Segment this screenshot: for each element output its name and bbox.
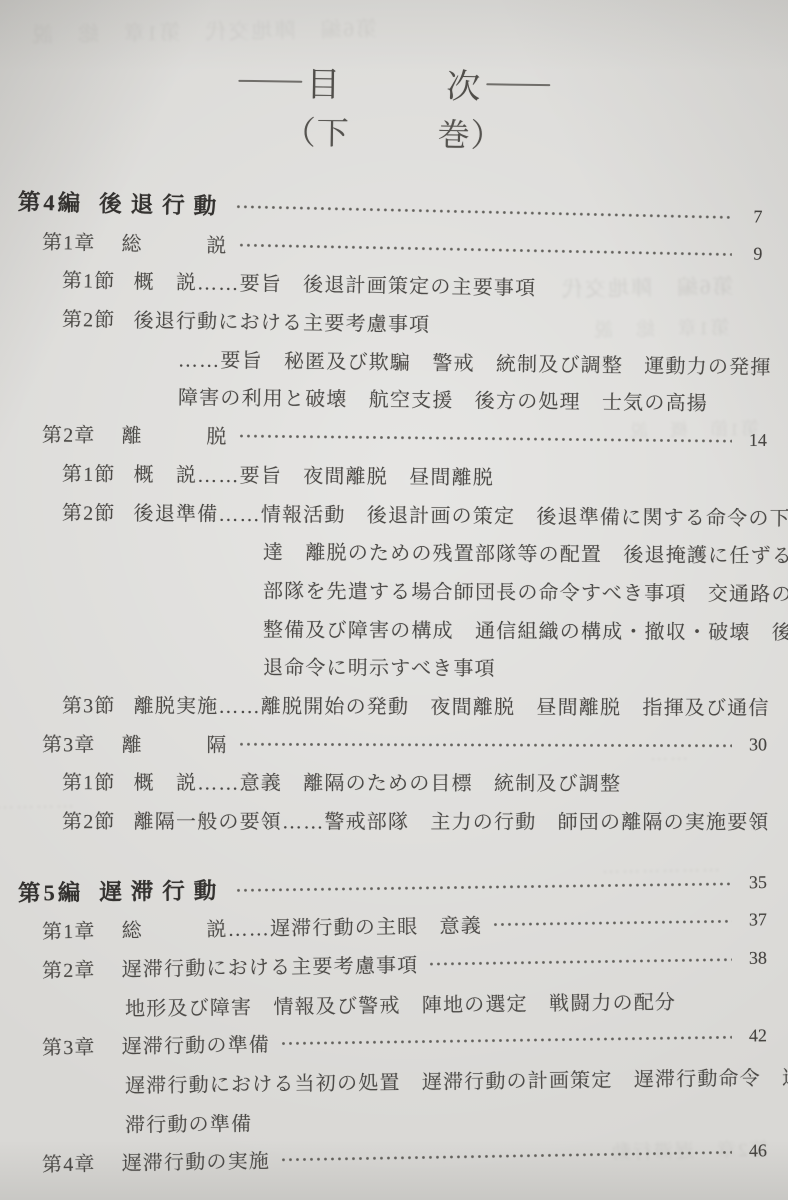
title-dash-right [486, 83, 550, 86]
page-number: 7 [738, 206, 778, 228]
entry-label: 第1章 [42, 915, 96, 945]
toc-entry-section: 第3節 離脱実施 ……離脱開始の発動 夜間離脱 昼間離脱 指揮及び通信 [0, 684, 778, 725]
entry-title: 概 説 [134, 766, 198, 795]
toc-continuation-line: 整備及び障害の構成 通信組織の構成・撤収・破壊 後 [0, 607, 778, 650]
entry-keywords: 部隊を先遣する場合師団長の命令すべき事項 交通路の [263, 574, 788, 606]
toc-continuation-line: 達 離脱のための残置部隊等の配置 後退掩護に任ずる [0, 529, 778, 573]
toc-entry-section: 第1節 概 説 ……要旨 夜間離脱 昼間離脱 [0, 452, 778, 497]
entry-keywords: 達 離脱のための残置部隊等の配置 後退掩護に任ずる [263, 536, 788, 569]
bleed-through-text: 第6編 陣地交代 第1章 総 説 [30, 13, 377, 49]
entry-label: 第1節 [62, 457, 116, 486]
entry-label: 第5編 [18, 875, 84, 908]
entry-label: 第1節 [62, 766, 116, 795]
dotted-leader [492, 901, 733, 943]
entry-title: 遅滞行動の準備 [121, 1029, 270, 1060]
entry-keywords: 整備及び障害の構成 通信組織の構成・撤収・破壊 後 [263, 613, 788, 645]
dotted-leader [428, 939, 732, 982]
entry-label: 第3節 [62, 689, 116, 718]
entry-title: 後退行動 [99, 187, 226, 222]
entry-title: 後退行動における主要考慮事項 [133, 304, 430, 337]
dotted-leader [238, 723, 733, 763]
entry-title: 離脱実施 [134, 689, 219, 718]
title-char-moku: 目 [306, 57, 343, 106]
entry-label: 第1節 [62, 264, 116, 294]
entry-keywords: ……警戒部隊 主力の行動 師団の離隔の実施要領 [282, 805, 770, 835]
page-number: 14 [738, 430, 778, 451]
dotted-leader [237, 416, 732, 460]
entry-label: 第4章 [42, 1147, 96, 1177]
entry-label: 第1章 [42, 225, 96, 255]
entry-label: 第2章 [42, 953, 96, 983]
toc-entry-section: 第2節 後退準備 ……情報活動 後退計画の策定 後退準備に関する命令の下 [0, 491, 778, 536]
entry-title: 離隔一般の要領 [134, 805, 282, 834]
title-dash-left [238, 79, 302, 82]
toc-entry-chapter: 第3章 離 隔 30 [0, 723, 778, 764]
entry-keywords: ……要旨 夜間離脱 昼間離脱 [197, 458, 494, 490]
page-number: 30 [738, 734, 778, 755]
entry-keywords: ……意義 離隔のための目標 統制及び調整 [197, 767, 621, 797]
page-number: 35 [738, 871, 778, 893]
entry-title: 後退準備 [133, 496, 218, 526]
entry-keywords: ……情報活動 後退計画の策定 後退準備に関する命令の下 [218, 497, 788, 530]
entry-title: 総 説 [121, 227, 228, 258]
scanned-toc-page: 第6編 陣地交代 第1章 総 説 第6編 陣地交代 第1章 総 説 第1節 概 … [0, 0, 788, 1200]
entry-label: 第4編 [18, 185, 84, 218]
toc-entry-section: 第2節 離隔一般の要領 ……警戒部隊 主力の行動 師団の離隔の実施要領 [0, 800, 778, 840]
dotted-leader [280, 1017, 732, 1062]
page-number: 37 [738, 909, 778, 931]
toc-header: 目 次 （下 巻） [0, 53, 788, 161]
toc-continuation-line: 退命令に明示すべき事項 [0, 645, 778, 687]
page-number: 46 [738, 1139, 778, 1161]
entry-title: 遅滞行動の実施 [121, 1144, 270, 1175]
entry-keywords: 遅滞行動における当初の処置 遅滞行動の計画策定 遅滞行動命令 遅 [125, 1061, 788, 1098]
entry-keywords: 障害の利用と破壊 航空支援 後方の処理 士気の高揚 [178, 381, 708, 416]
dotted-leader [280, 1131, 733, 1177]
entry-label: 第2章 [42, 418, 96, 448]
page-number: 9 [738, 243, 778, 265]
entry-title: 遅滞行動 [99, 873, 225, 907]
toc-continuation-line: 部隊を先遣する場合師団長の命令すべき事項 交通路の [0, 568, 778, 611]
subtitle-left: （下 [283, 107, 350, 154]
entry-keywords: ……遅滞行動の主眼 意義 [227, 909, 482, 942]
entry-label: 第3章 [42, 1031, 96, 1061]
entry-label: 第2節 [62, 496, 116, 525]
entry-label: 第3章 [42, 728, 96, 757]
subtitle-spacer [350, 131, 438, 132]
entry-title: 概 説 [133, 265, 197, 295]
entry-keywords: ……要旨 後退計画策定の主要事項 [197, 266, 537, 301]
page-number: 42 [738, 1025, 778, 1047]
entry-label: 第2節 [62, 303, 116, 333]
toc-subtitle: （下 巻） [0, 103, 788, 160]
entry-title: 概 説 [133, 458, 197, 488]
title-spacer [346, 82, 442, 83]
entry-title: 総 説 [121, 913, 227, 943]
title-char-ji: 次 [446, 59, 483, 108]
entry-title: 離 脱 [121, 419, 227, 449]
entry-keywords: ……離脱開始の発動 夜間離脱 昼間離脱 指揮及び通信 [218, 690, 769, 721]
entry-keywords: ……要旨 秘匿及び欺騙 警戒 統制及び調整 運動力の発揮 [178, 343, 772, 380]
subtitle-right: 巻） [437, 110, 504, 157]
toc-title: 目 次 [0, 53, 788, 113]
toc-body: 第4編 後退行動 7 第1章 総 説 9 第1節 概 説 ……要旨 後退計画策定… [0, 181, 788, 1182]
entry-title: 離 隔 [122, 728, 228, 757]
entry-label: 第2節 [62, 805, 116, 834]
entry-title: 遅滞行動における主要考慮事項 [121, 949, 418, 982]
entry-keywords: 滞行動の準備 [125, 1107, 252, 1137]
toc-entry-section: 第1節 概 説 ……意義 離隔のための目標 統制及び調整 [0, 761, 778, 801]
entry-keywords: 地形及び障害 情報及び警戒 陣地の選定 戦闘力の配分 [125, 985, 677, 1021]
entry-keywords: 退命令に明示すべき事項 [263, 651, 496, 681]
page-number: 38 [738, 947, 778, 969]
